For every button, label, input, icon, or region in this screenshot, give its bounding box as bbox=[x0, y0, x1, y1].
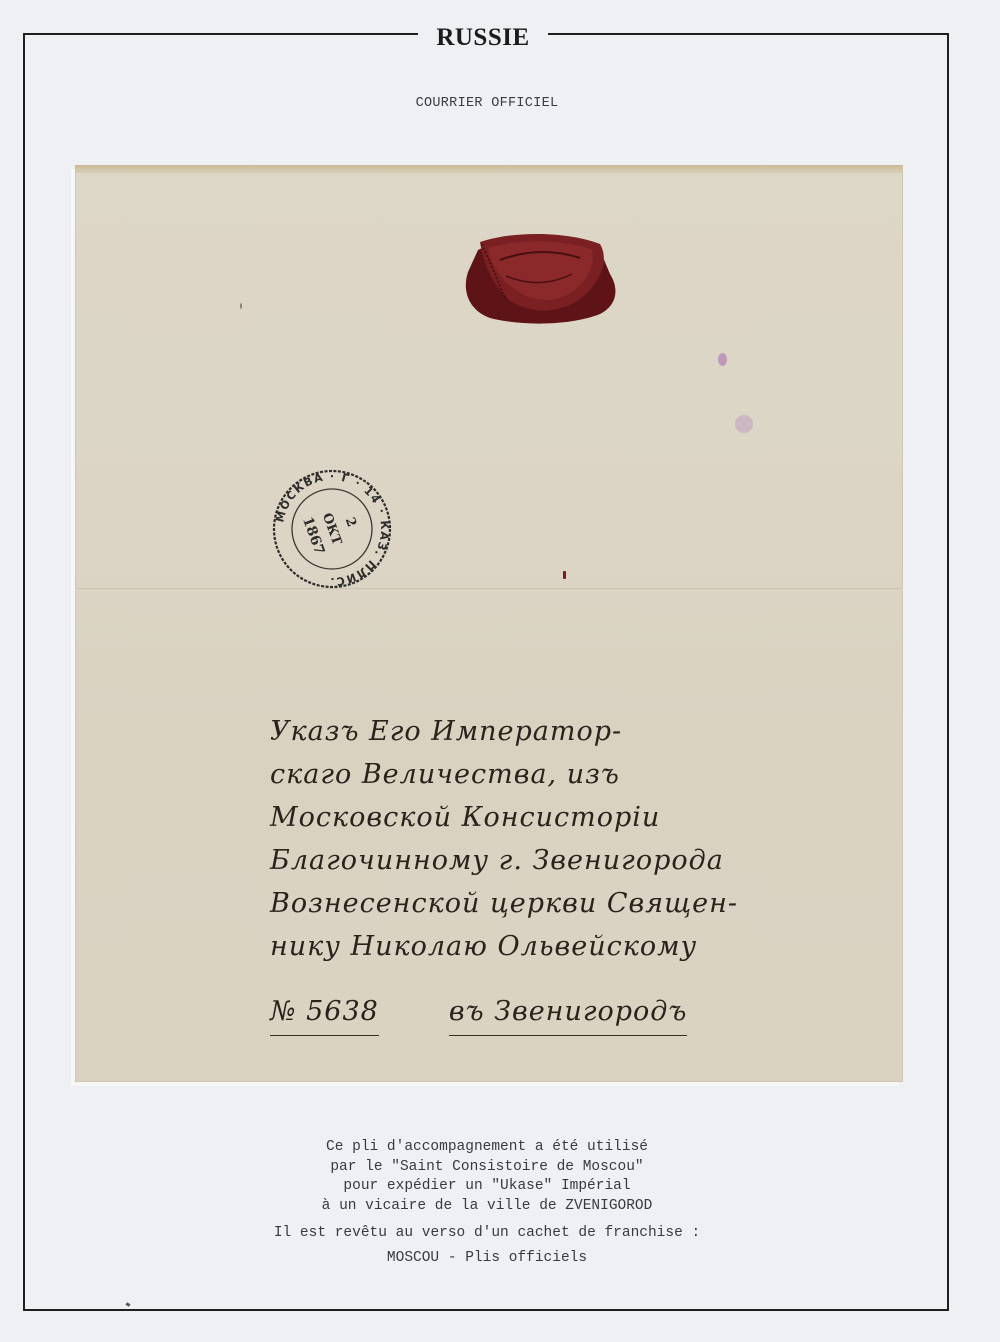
address-line: Вознесенской церкви Священ- bbox=[270, 882, 910, 925]
destination-town: въ Звенигородъ bbox=[449, 990, 688, 1036]
address-line: Московской Консисторіи bbox=[270, 796, 910, 839]
purple-ink-mark bbox=[735, 415, 753, 433]
ink-speck bbox=[240, 303, 242, 309]
address-line: нику Николаю Ольвейскому bbox=[270, 925, 910, 968]
handwritten-address: Указъ Его Император- скаго Величества, и… bbox=[270, 710, 910, 1036]
envelope-cover: МОСКВА · Г · 14 · КАЗ. ПЛИС. 2 ОКТ 1867 … bbox=[75, 165, 903, 1082]
postmark-cancel-icon: МОСКВА · Г · 14 · КАЗ. ПЛИС. 2 ОКТ 1867 bbox=[270, 467, 394, 591]
wax-seal-icon bbox=[460, 230, 618, 325]
caption-note: Il est revêtu au verso d'un cachet de fr… bbox=[0, 1224, 974, 1244]
page-subtitle: COURRIER OFFICIEL bbox=[0, 96, 974, 111]
red-ink-dot bbox=[563, 571, 566, 579]
caption-block: Ce pli d'accompagnement a été utilisé pa… bbox=[0, 1138, 974, 1268]
address-line: Указъ Его Император- bbox=[270, 710, 910, 753]
svg-text:2: 2 bbox=[342, 516, 359, 530]
registry-number: № 5638 bbox=[270, 990, 379, 1036]
caption-line: Ce pli d'accompagnement a été utilisé bbox=[0, 1138, 974, 1158]
address-line: Благочинному г. Звенигорода bbox=[270, 839, 910, 882]
page-title: RUSSIE bbox=[436, 24, 529, 51]
page-title-wrap: RUSSIE bbox=[418, 20, 548, 56]
address-line: скаго Величества, изъ bbox=[270, 753, 910, 796]
caption-cachet: MOSCOU - Plis officiels bbox=[0, 1249, 974, 1269]
fold-line bbox=[75, 588, 903, 591]
caption-line: à un vicaire de la ville de ZVENIGOROD bbox=[0, 1197, 974, 1217]
caption-line: par le "Saint Consistoire de Moscou" bbox=[0, 1158, 974, 1178]
caption-line: pour expédier un "Ukase" Impérial bbox=[0, 1177, 974, 1197]
purple-ink-mark bbox=[718, 353, 727, 366]
